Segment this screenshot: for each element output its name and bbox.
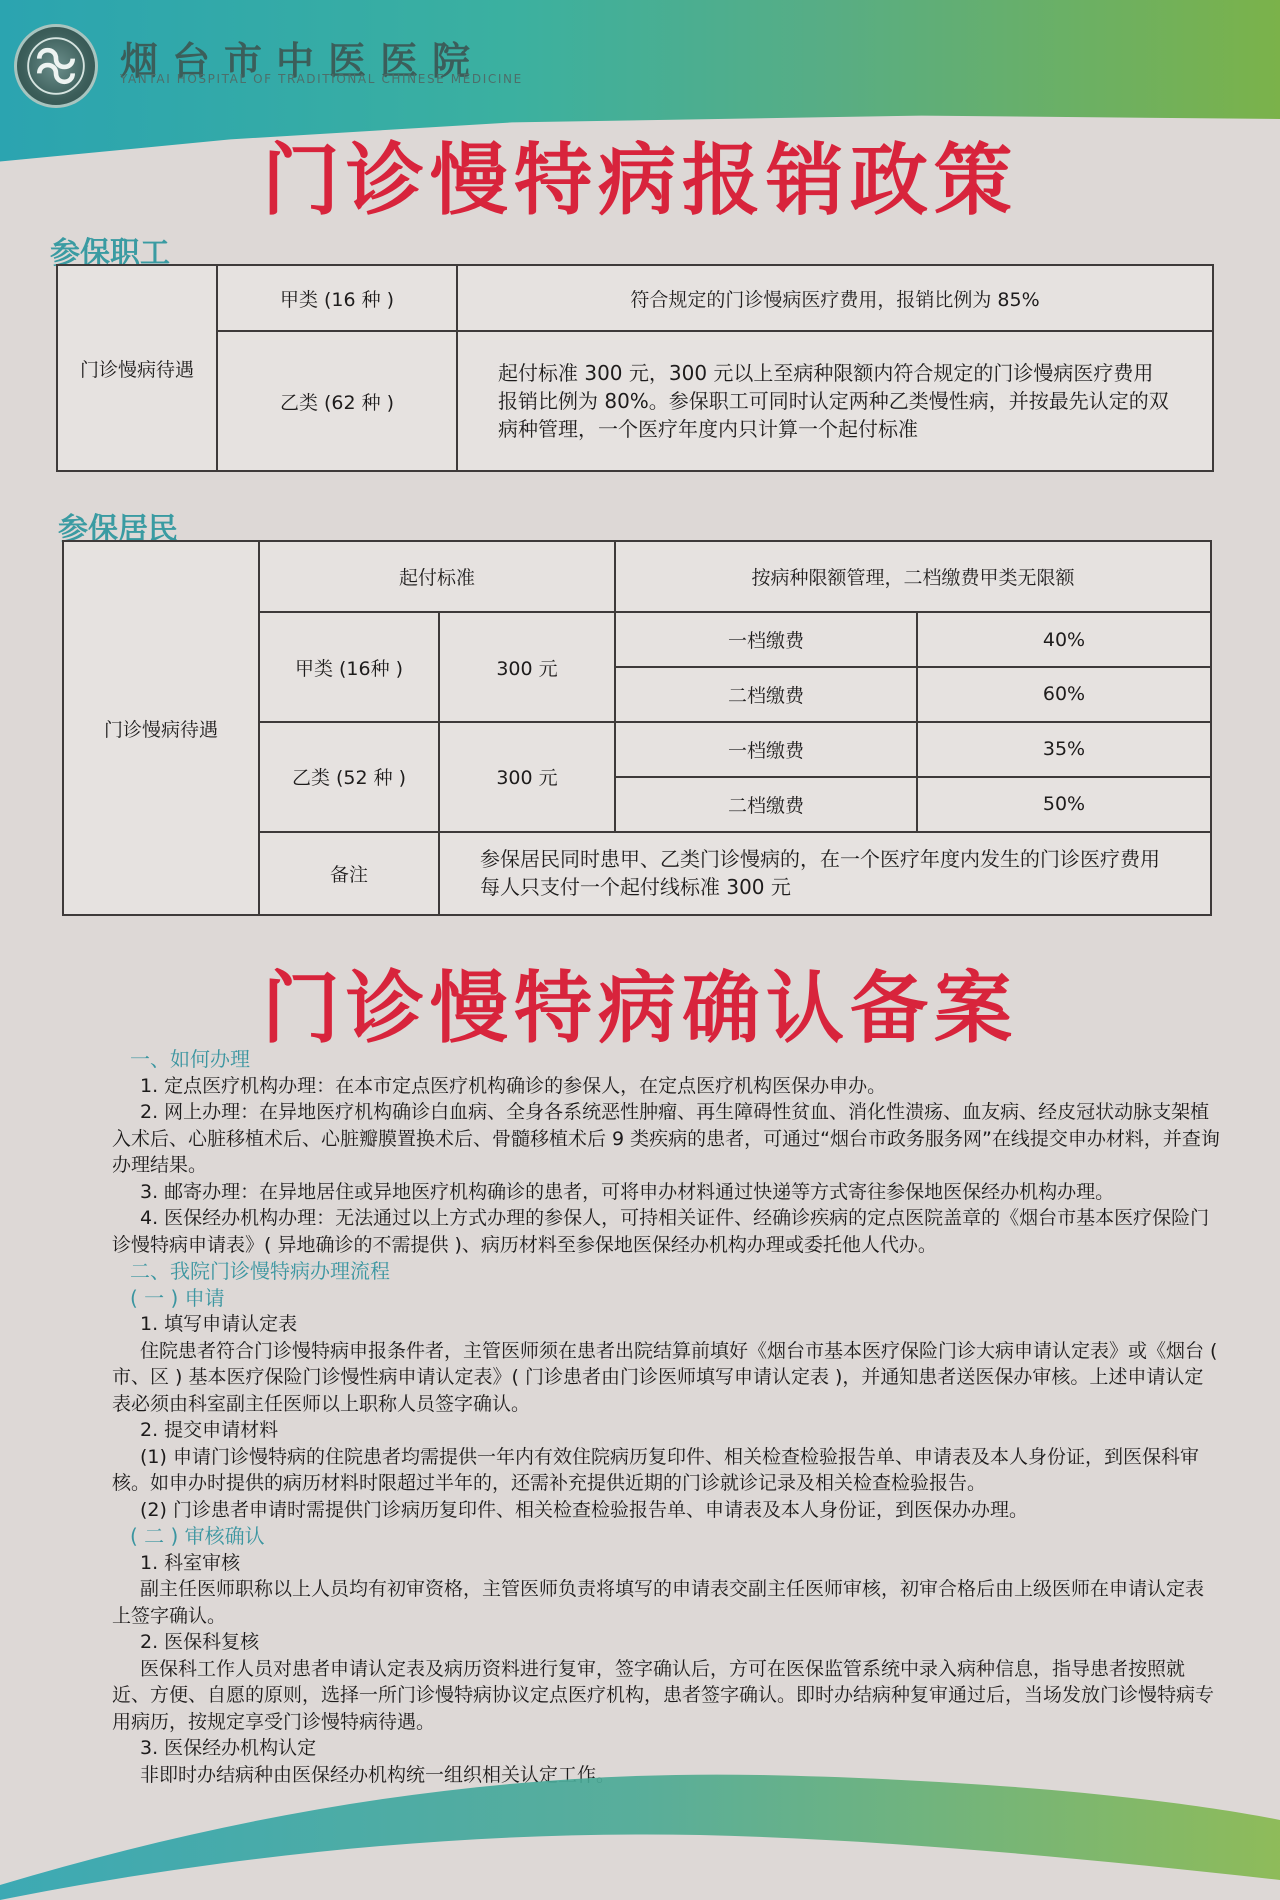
category-cell: 甲类 (16种 ) [259, 612, 439, 722]
category-cell: 甲类 (16 种 ) [217, 265, 457, 331]
filing-title: 门诊慢特病确认备案 [0, 946, 1280, 1058]
rate-cell: 40% [917, 612, 1211, 667]
tier-cell: 一档缴费 [615, 722, 917, 777]
description-cell: 起付标准 300 元，300 元以上至病种限额内符合规定的门诊慢病医疗费用报销比… [457, 331, 1213, 471]
list-item: (1) 申请门诊慢特病的住院患者均需提供一年内有效住院病历复印件、相关检查检验报… [112, 1444, 1222, 1497]
row-label: 门诊慢病待遇 [57, 265, 217, 471]
table-row: 乙类 (62 种 ) 起付标准 300 元，300 元以上至病种限额内符合规定的… [57, 331, 1213, 471]
policy-title: 门诊慢特病报销政策 [0, 118, 1280, 230]
tier-cell: 二档缴费 [615, 777, 917, 832]
step-text: 住院患者符合门诊慢特病申报条件者，主管医师须在患者出院结算前填好《烟台市基本医疗… [112, 1338, 1222, 1418]
sub2-heading: ( 二 ) 审核确认 [112, 1523, 1222, 1550]
deductible-cell: 300 元 [439, 722, 615, 832]
step-text: 医保科工作人员对患者申请认定表及病历资料进行复审，签字确认后，方可在医保监管系统… [112, 1656, 1222, 1736]
description-cell: 符合规定的门诊慢病医疗费用，报销比例为 85% [457, 265, 1213, 331]
filing-body: 一、如何办理 1. 定点医疗机构办理：在本市定点医疗机构确诊的参保人，在定点医疗… [112, 1046, 1222, 1788]
table-row: 门诊慢病待遇 甲类 (16 种 ) 符合规定的门诊慢病医疗费用，报销比例为 85… [57, 265, 1213, 331]
note-label: 备注 [259, 832, 439, 915]
employees-table: 门诊慢病待遇 甲类 (16 种 ) 符合规定的门诊慢病医疗费用，报销比例为 85… [56, 264, 1214, 472]
sub1-heading: ( 一 ) 申请 [112, 1285, 1222, 1312]
hospital-name-english: YANTAI HOSPITAL OF TRADITIONAL CHINESE M… [120, 72, 523, 86]
deductible-cell: 300 元 [439, 612, 615, 722]
tier-cell: 一档缴费 [615, 612, 917, 667]
row-label: 门诊慢病待遇 [63, 541, 259, 915]
step-title: 1. 科室审核 [112, 1550, 1222, 1577]
limit-header: 按病种限额管理，二档缴费甲类无限额 [615, 541, 1211, 612]
list-item: 4. 医保经办机构办理：无法通过以上方式办理的参保人，可持相关证件、经确诊疾病的… [112, 1205, 1222, 1258]
step-title: 2. 提交申请材料 [112, 1417, 1222, 1444]
note-text: 参保居民同时患甲、乙类门诊慢病的，在一个医疗年度内发生的门诊医疗费用每人只支付一… [439, 832, 1211, 915]
rate-cell: 50% [917, 777, 1211, 832]
section2-heading: 二、我院门诊慢特病办理流程 [112, 1258, 1222, 1285]
step-title: 3. 医保经办机构认定 [112, 1735, 1222, 1762]
tier-cell: 二档缴费 [615, 667, 917, 722]
rate-cell: 60% [917, 667, 1211, 722]
step-title: 1. 填写申请认定表 [112, 1311, 1222, 1338]
table-row: 门诊慢病待遇 起付标准 按病种限额管理，二档缴费甲类无限额 [63, 541, 1211, 612]
footer-wave-band [0, 1770, 1280, 1900]
category-cell: 乙类 (62 种 ) [217, 331, 457, 471]
deductible-header: 起付标准 [259, 541, 615, 612]
list-item: 3. 邮寄办理：在异地居住或异地医疗机构确诊的患者，可将申办材料通过快递等方式寄… [112, 1179, 1222, 1206]
list-item: 1. 定点医疗机构办理：在本市定点医疗机构确诊的参保人，在定点医疗机构医保办申办… [112, 1073, 1222, 1100]
hospital-logo-icon [14, 24, 98, 108]
list-item: 2. 网上办理：在异地医疗机构确诊白血病、全身各系统恶性肿瘤、再生障碍性贫血、消… [112, 1099, 1222, 1179]
residents-table: 门诊慢病待遇 起付标准 按病种限额管理，二档缴费甲类无限额 甲类 (16种 ) … [62, 540, 1212, 916]
step-title: 2. 医保科复核 [112, 1629, 1222, 1656]
section1-heading: 一、如何办理 [112, 1046, 1222, 1073]
list-item: (2) 门诊患者申请时需提供门诊病历复印件、相关检查检验报告单、申请表及本人身份… [112, 1497, 1222, 1524]
rate-cell: 35% [917, 722, 1211, 777]
category-cell: 乙类 (52 种 ) [259, 722, 439, 832]
step-text: 副主任医师职称以上人员均有初审资格，主管医师负责将填写的申请表交副主任医师审核，… [112, 1576, 1222, 1629]
